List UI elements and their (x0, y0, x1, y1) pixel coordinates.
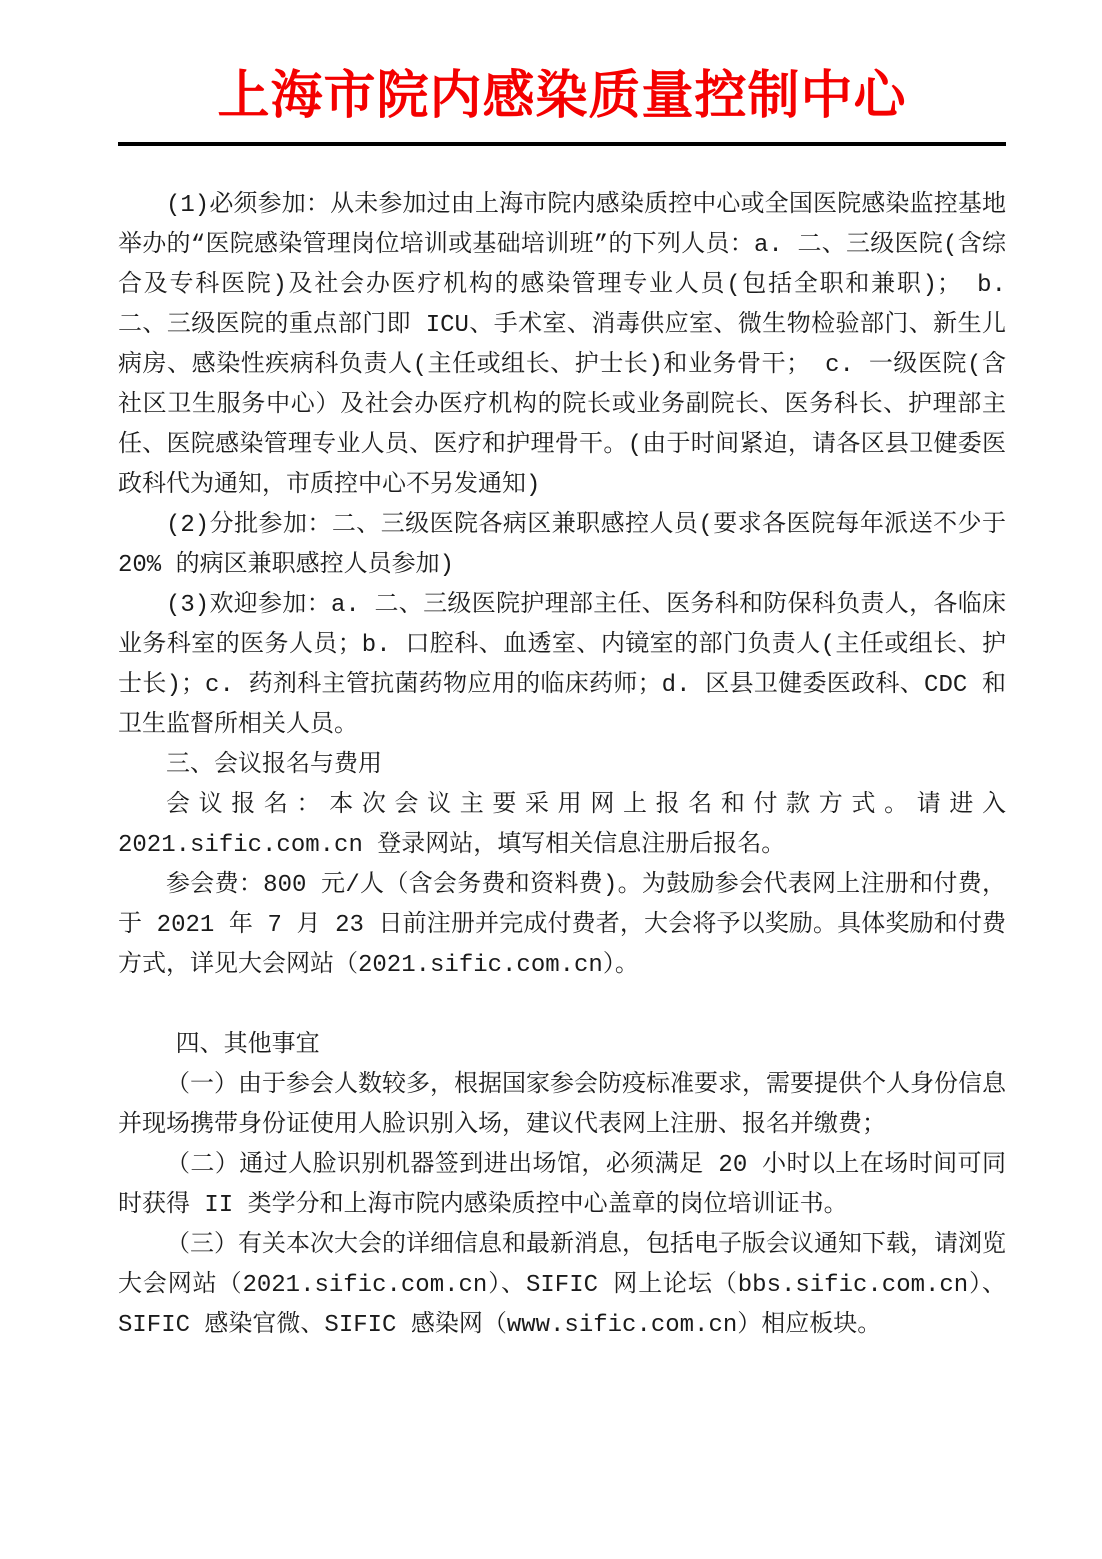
para-other-matter-1: （一）由于参会人数较多，根据国家参会防疫标准要求，需要提供个人身份信息并现场携带… (118, 1066, 1006, 1146)
para-welcome-attend: (3)欢迎参加：a. 二、三级医院护理部主任、医务科和防保科负责人，各临床业务科… (118, 586, 1006, 746)
heading-registration-fee: 三、会议报名与费用 (118, 746, 1006, 786)
heading-other-matters: 四、其他事宜 (118, 1026, 1006, 1066)
para-registration: 会议报名：本次会议主要采用网上报名和付款方式。请进入 2021.sific.co… (118, 786, 1006, 866)
document-header: 上海市院内感染质量控制中心 (118, 66, 1006, 146)
para-other-matter-3: （三）有关本次大会的详细信息和最新消息，包括电子版会议通知下载，请浏览大会网站（… (118, 1226, 1006, 1346)
page-title: 上海市院内感染质量控制中心 (118, 66, 1006, 126)
document-page: 上海市院内感染质量控制中心 (1)必须参加：从未参加过由上海市院内感染质控中心或… (0, 0, 1102, 1559)
para-other-matter-2: （二）通过人脸识别机器签到进出场馆，必须满足 20 小时以上在场时间可同时获得 … (118, 1146, 1006, 1226)
para-must-attend: (1)必须参加：从未参加过由上海市院内感染质控中心或全国医院感染监控基地举办的“… (118, 186, 1006, 506)
para-batch-attend: (2)分批参加：二、三级医院各病区兼职感控人员(要求各医院每年派送不少于 20%… (118, 506, 1006, 586)
para-fee: 参会费：800 元/人（含会务费和资料费)。为鼓励参会代表网上注册和付费，于 2… (118, 866, 1006, 986)
header-divider (118, 142, 1006, 146)
document-body: (1)必须参加：从未参加过由上海市院内感染质控中心或全国医院感染监控基地举办的“… (118, 186, 1006, 1346)
